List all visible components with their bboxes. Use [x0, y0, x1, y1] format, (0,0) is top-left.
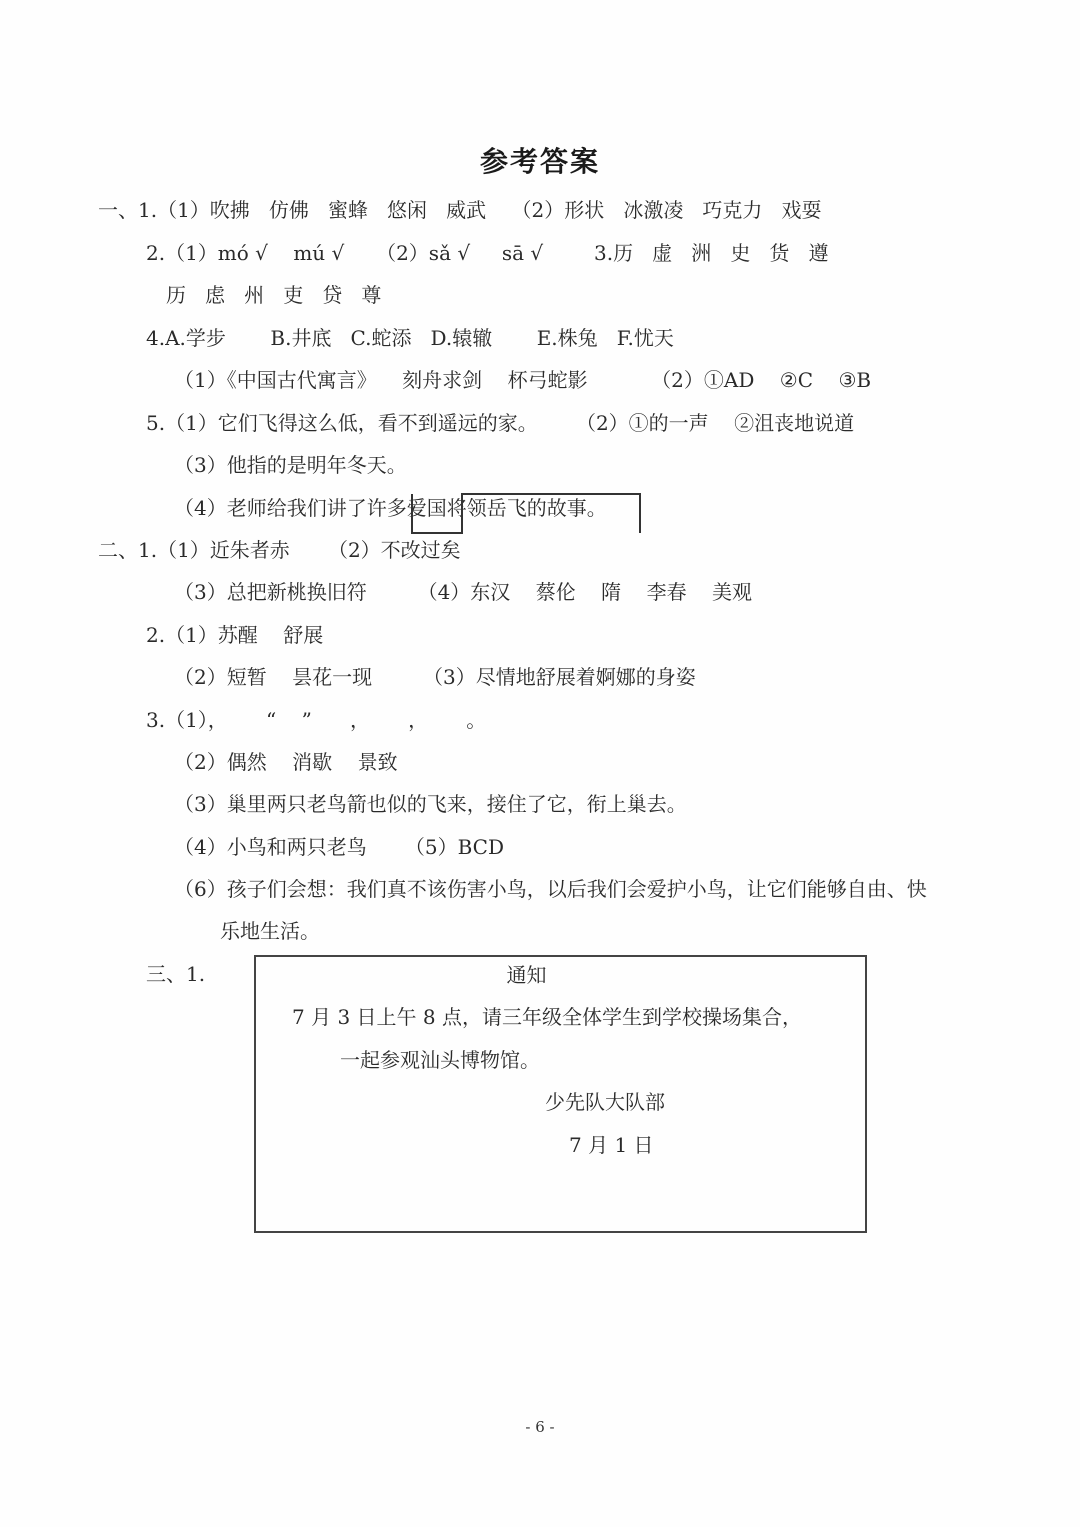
answer-line-2-4: （2）短暂 昙花一现 （3）尽情地舒展着婀娜的身姿	[174, 663, 696, 691]
answer-line-2-5: 3.（1）， “ ” ， ， 。	[146, 706, 486, 734]
notice-date: 7 月 1 日	[569, 1131, 654, 1159]
answer-line-2-8: （4）小鸟和两只老鸟 （5）BCD	[174, 833, 504, 861]
answer-line-1-3: 历 虑 州 吏 贷 尊	[166, 281, 381, 309]
answer-line-1-7: （3）他指的是明年冬天。	[174, 451, 407, 479]
answer-line-1-2: 2.（1）mó √ mú √ （2）sǎ √ sā √ 3.历 虚 洲 史 货 …	[146, 239, 828, 267]
notice-body-line-2: 一起参观汕头博物馆。	[340, 1046, 540, 1074]
correction-mark-right	[639, 493, 641, 533]
answer-line-2-10: 乐地生活。	[220, 917, 320, 945]
answer-line-1-1: 一、1.（1）吹拂 仿佛 蜜蜂 悠闲 威武 （2）形状 冰激凌 巧克力 戏耍	[98, 196, 821, 224]
answer-line-2-6: （2）偶然 消歇 景致	[174, 748, 398, 776]
answer-line-2-1: 二、1.（1）近朱者赤 （2）不改过矣	[98, 536, 461, 564]
correction-mark-bottom	[411, 532, 462, 534]
answer-line-1-8: （4）老师给我们讲了许多爱国将领岳飞的故事。	[174, 494, 607, 522]
answer-line-1-5: （1）《中国古代寓言》 刻舟求剑 杯弓蛇影 （2）①AD ②C ③B	[174, 366, 871, 394]
notice-signature: 少先队大队部	[545, 1088, 665, 1116]
page-title: 参考答案	[0, 140, 1080, 180]
answer-line-2-7: （3）巢里两只老鸟箭也似的飞来，接住了它，衔上巢去。	[174, 790, 687, 818]
notice-heading: 通知	[256, 961, 797, 989]
section3-label: 三、1.	[146, 960, 205, 988]
notice-box: 通知 7 月 3 日上午 8 点，请三年级全体学生到学校操场集合， 一起参观汕头…	[254, 955, 867, 1233]
answer-line-2-2: （3）总把新桃换旧符 （4）东汉 蔡伦 隋 李春 美观	[174, 578, 752, 606]
answer-line-2-9: （6）孩子们会想：我们真不该伤害小鸟，以后我们会爱护小鸟，让它们能够自由、快	[174, 875, 927, 903]
answer-line-1-4: 4.A.学步 B.井底 C.蛇添 D.辕辙 E.株兔 F.忧天	[146, 324, 674, 352]
answer-line-1-6: 5.（1）它们飞得这么低，看不到遥远的家。 （2）①的一声 ②沮丧地说道	[146, 409, 854, 437]
correction-mark-left	[411, 494, 413, 534]
correction-mark-top	[461, 493, 640, 495]
notice-body-line-1: 7 月 3 日上午 8 点，请三年级全体学生到学校操场集合，	[292, 1003, 802, 1031]
answer-page: 参考答案 一、1.（1）吹拂 仿佛 蜜蜂 悠闲 威武 （2）形状 冰激凌 巧克力…	[0, 0, 1080, 1527]
page-number: - 6 -	[0, 1418, 1080, 1436]
answer-line-2-3: 2.（1）苏醒 舒展	[146, 621, 323, 649]
correction-mark-mid	[461, 494, 463, 534]
